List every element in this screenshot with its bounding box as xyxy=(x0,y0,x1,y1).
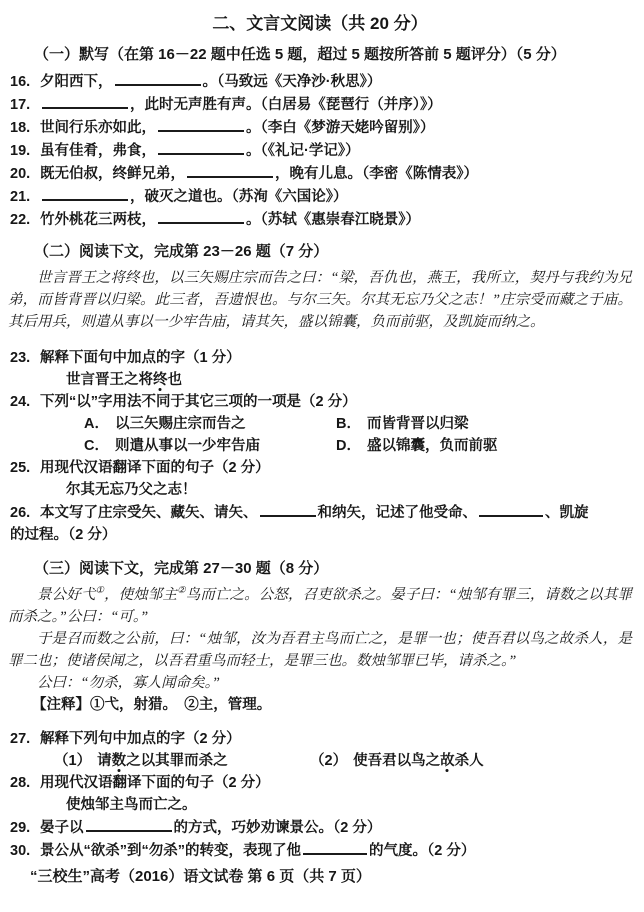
question-number: 17. xyxy=(10,94,40,116)
option-text: 则遣从事以一少牢告庙 xyxy=(115,438,260,454)
part3-passage: 景公好弋①，使烛邹主②鸟而亡之。公怒，召吏欲杀之。晏子曰：“烛邹有罪三，请数之以… xyxy=(8,584,632,716)
footnote-marker-1: ① xyxy=(95,586,104,596)
question-number: 22. xyxy=(10,209,40,231)
answer-blank xyxy=(158,208,244,224)
passage-paragraph-1: 景公好弋①，使烛邹主②鸟而亡之。公怒，召吏欲杀之。晏子曰：“烛邹有罪三，请数之以… xyxy=(8,584,632,628)
dictation-text-pre: 竹外桃花三两枝， xyxy=(40,212,156,228)
section-title: 二、文言文阅读（共 20 分） xyxy=(8,12,632,36)
question-stem: 解释下列句中加点的字（2 分） xyxy=(40,731,241,747)
dictation-text-post: 。（马致远《天净沙·秋思》） xyxy=(203,74,382,90)
question-stem: 用现代汉语翻译下面的句子（2 分） xyxy=(40,775,270,791)
question-text-seg1: 晏子以 xyxy=(40,820,84,836)
dictation-text-post: 。（李白《梦游天姥吟留别》） xyxy=(246,120,435,136)
question-number: 26. xyxy=(10,502,40,524)
option-label: A． xyxy=(84,416,109,432)
dictation-item-17: 17.，此时无声胜有声。（白居易《琵琶行（并序）》） xyxy=(8,93,632,116)
option-text: 盛以锦囊，负而前驱 xyxy=(367,438,498,454)
dictation-text-pre: 虽有佳肴，弗食， xyxy=(40,143,156,159)
answer-blank xyxy=(86,816,172,832)
question-27: 27.解释下列句中加点的字（2 分） xyxy=(8,728,632,750)
question-text-seg1: 本文写了庄宗受矢、藏矢、请矢、 xyxy=(40,505,258,521)
question-text-seg2: 和纳矢，记述了他受命、 xyxy=(318,505,478,521)
question-24-options: A．以三矢赐庄宗而告之 B．而皆背晋以归梁 C．则遣从事以一少牢告庙 D．盛以锦… xyxy=(8,413,632,457)
dotted-char: 数 xyxy=(112,753,127,769)
question-number: 29. xyxy=(10,817,40,839)
passage-text: 景公好弋 xyxy=(37,587,95,603)
question-number: 27. xyxy=(10,728,40,750)
question-stem: 用现代汉语翻译下面的句子（2 分） xyxy=(40,460,270,476)
exam-paper-page: 二、文言文阅读（共 20 分） （一）默写（在第 16－22 题中任选 5 题，… xyxy=(0,0,644,912)
answer-blank xyxy=(187,162,273,178)
quote-post: 也 xyxy=(168,372,183,388)
answer-blank xyxy=(42,185,128,201)
question-text-seg1: 景公从“欲杀”到“勿杀”的转变，表现了他 xyxy=(40,843,301,859)
question-number: 28. xyxy=(10,772,40,794)
question-28: 28.用现代汉语翻译下面的句子（2 分） xyxy=(8,772,632,794)
question-number: 21. xyxy=(10,186,40,208)
answer-blank xyxy=(158,139,244,155)
question-30: 30.景公从“欲杀”到“勿杀”的转变，表现了他的气度。（2 分） xyxy=(8,839,632,862)
answer-blank xyxy=(479,501,543,517)
answer-blank xyxy=(158,116,244,132)
item-post: 杀人 xyxy=(455,753,484,769)
question-stem: 解释下面句中加点的字（1 分） xyxy=(40,350,241,366)
question-25-quote: 尔其无忘乃父之志！ xyxy=(8,479,632,501)
part1-heading: （一）默写（在第 16－22 题中任选 5 题，超过 5 题按所答前 5 题评分… xyxy=(8,44,632,66)
question-number: 18. xyxy=(10,117,40,139)
question-number: 24. xyxy=(10,391,40,413)
question-number: 23. xyxy=(10,347,40,369)
question-number: 16. xyxy=(10,71,40,93)
part3-heading: （三）阅读下文，完成第 27－30 题（8 分） xyxy=(8,558,632,580)
question-27-items: （1）请数之以其罪而杀之 （2）使吾君以鸟之故杀人 xyxy=(8,750,632,772)
page-footer: “三校生”高考（2016）语文试卷 第 6 页（共 7 页） xyxy=(8,866,632,888)
question-23: 23.解释下面句中加点的字（1 分） xyxy=(8,347,632,369)
passage-paragraph-3: 公曰：“勿杀，寡人闻命矣。” xyxy=(8,672,632,694)
question-number: 19. xyxy=(10,140,40,162)
answer-blank xyxy=(115,70,201,86)
question-number: 25. xyxy=(10,457,40,479)
passage-text: ，使烛邹主 xyxy=(104,587,177,603)
question-text-seg2: 的气度。（2 分） xyxy=(369,843,475,859)
option-c: C．则遣从事以一少牢告庙 xyxy=(84,435,336,457)
question-28-quote: 使烛邹主鸟而亡之。 xyxy=(8,794,632,816)
question-number: 30. xyxy=(10,840,40,862)
question-24: 24.下列“以”字用法不同于其它三项的一项是（2 分） xyxy=(8,391,632,413)
passage-paragraph: 世言晋王之将终也，以三矢赐庄宗而告之曰：“梁，吾仇也，燕王，我所立，契丹与我约为… xyxy=(8,267,632,333)
option-label: B． xyxy=(336,416,361,432)
dotted-char: 故 xyxy=(440,753,455,769)
quote-pre: 世言晋王之将 xyxy=(66,372,153,388)
question-25: 25.用现代汉语翻译下面的句子（2 分） xyxy=(8,457,632,479)
option-label: C． xyxy=(84,438,109,454)
question-26: 26.本文写了庄宗受矢、藏矢、请矢、和纳矢，记述了他受命、、凯旋的过程。（2 分… xyxy=(8,501,632,546)
answer-blank xyxy=(303,839,367,855)
passage-paragraph-2: 于是召而数之公前，曰：“烛邹，汝为吾君主鸟而亡之，是罪一也；使吾君以鸟之故杀人，… xyxy=(8,628,632,672)
item-post: 之以其罪而杀之 xyxy=(126,753,228,769)
dictation-text-post: 。（《礼记·学记》） xyxy=(246,143,360,159)
part2-heading: （二）阅读下文，完成第 23－26 题（7 分） xyxy=(8,241,632,263)
dictation-item-18: 18.世间行乐亦如此，。（李白《梦游天姥吟留别》） xyxy=(8,116,632,139)
dictation-text-pre: 世间行乐亦如此， xyxy=(40,120,156,136)
item-label: （2） xyxy=(310,753,347,769)
dictation-item-21: 21.，破灭之道也。（苏洵《六国论》） xyxy=(8,185,632,208)
footnote-marker-2: ② xyxy=(177,586,186,596)
option-text: 以三矢赐庄宗而告之 xyxy=(115,416,246,432)
item-pre: 请 xyxy=(97,753,112,769)
question-29: 29.晏子以的方式，巧妙劝谏景公。（2 分） xyxy=(8,816,632,839)
dictation-text-pre: 既无伯叔，终鲜兄弟， xyxy=(40,166,185,182)
answer-blank xyxy=(260,501,316,517)
dictation-item-20: 20.既无伯叔，终鲜兄弟，，晚有儿息。（李密《陈情表》） xyxy=(8,162,632,185)
dotted-char: 终 xyxy=(153,372,168,388)
question-stem: 下列“以”字用法不同于其它三项的一项是（2 分） xyxy=(40,394,357,410)
dictation-text-pre: 夕阳西下， xyxy=(40,74,113,90)
option-b: B．而皆背晋以归梁 xyxy=(336,413,632,435)
question-text-seg3: 、凯旋 xyxy=(545,505,589,521)
option-d: D．盛以锦囊，负而前驱 xyxy=(336,435,632,457)
dictation-item-22: 22.竹外桃花三两枝，。（苏轼《惠崇春江晓景》） xyxy=(8,208,632,231)
question-text-seg2: 的方式，巧妙劝谏景公。（2 分） xyxy=(174,820,382,836)
part2-passage: 世言晋王之将终也，以三矢赐庄宗而告之曰：“梁，吾仇也，燕王，我所立，契丹与我约为… xyxy=(8,267,632,333)
question-text-seg4: 的过程。（2 分） xyxy=(10,527,116,543)
item-pre: 使吾君以鸟之 xyxy=(353,753,440,769)
dictation-text-post: ，晚有儿息。（李密《陈情表》） xyxy=(275,166,478,182)
option-label: D． xyxy=(336,438,361,454)
question-number: 20. xyxy=(10,163,40,185)
dictation-text-post: ，破灭之道也。（苏洵《六国论》） xyxy=(130,189,348,205)
answer-blank xyxy=(42,93,128,109)
item-1: （1）请数之以其罪而杀之 xyxy=(54,750,310,772)
item-2: （2）使吾君以鸟之故杀人 xyxy=(310,750,632,772)
dictation-item-19: 19.虽有佳肴，弗食，。（《礼记·学记》） xyxy=(8,139,632,162)
option-text: 而皆背晋以归梁 xyxy=(367,416,469,432)
dictation-text-post: 。（苏轼《惠崇春江晓景》） xyxy=(246,212,420,228)
question-23-quote: 世言晋王之将终也 xyxy=(8,369,632,391)
item-label: （1） xyxy=(54,753,91,769)
option-a: A．以三矢赐庄宗而告之 xyxy=(84,413,336,435)
dictation-item-16: 16.夕阳西下，。（马致远《天净沙·秋思》） xyxy=(8,70,632,93)
dictation-text-post: ，此时无声胜有声。（白居易《琵琶行（并序）》） xyxy=(130,97,442,113)
footnotes: 【注释】①弋，射猎。 ②主，管理。 xyxy=(8,694,632,716)
